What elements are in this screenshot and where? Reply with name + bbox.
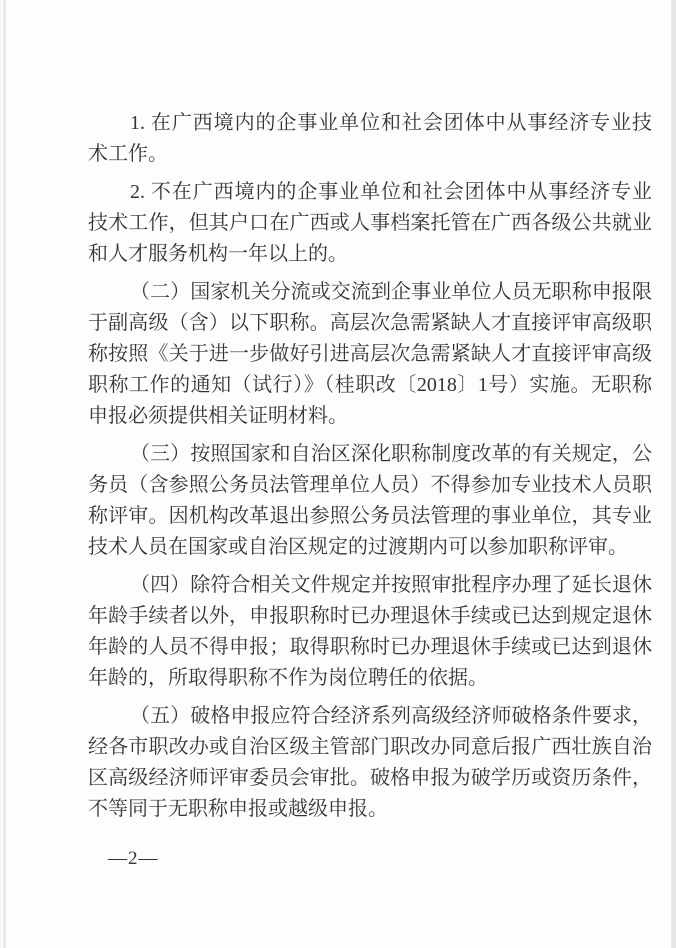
doc-line: 区高级经济师评审委员会审批。破格申报为破学历或资历条件， xyxy=(88,763,652,794)
paragraph-item-iv: （四）除符合相关文件规定并按照审批程序办理了延长退休 年龄手续者以外，申报职称时… xyxy=(88,570,652,694)
doc-line: （五）破格申报应符合经济系列高级经济师破格条件要求， xyxy=(88,701,652,732)
doc-line: 于副高级（含）以下职称。高层次急需紧缺人才直接评审高级职 xyxy=(88,308,652,339)
doc-line: 年龄手续者以外，申报职称时已办理退休手续或已达到规定退休 xyxy=(88,601,652,632)
paragraph-item-v: （五）破格申报应符合经济系列高级经济师破格条件要求， 经各市职改办或自治区级主管… xyxy=(88,701,652,825)
doc-line: 1. 在广西境内的企事业单位和社会团体中从事经济专业技 xyxy=(88,108,652,139)
scan-edge-left xyxy=(0,0,2,948)
doc-line: （四）除符合相关文件规定并按照审批程序办理了延长退休 xyxy=(88,570,652,601)
doc-line: 年龄的人员不得申报；取得职称时已办理退休手续或已达到退休 xyxy=(88,632,652,663)
doc-line: （三）按照国家和自治区深化职称制度改革的有关规定，公 xyxy=(88,439,652,470)
doc-line: 不等同于无职称申报或越级申报。 xyxy=(88,794,652,825)
doc-line: 申报必须提供相关证明材料。 xyxy=(88,401,652,432)
scan-edge-right xyxy=(671,0,676,948)
doc-line: 经各市职改办或自治区级主管部门职改办同意后报广西壮族自治 xyxy=(88,732,652,763)
paragraph-item-2: 2. 不在广西境内的企事业单位和社会团体中从事经济专业 技术工作，但其户口在广西… xyxy=(88,177,652,270)
paragraph-item-ii: （二）国家机关分流或交流到企事业单位人员无职称申报限 于副高级（含）以下职称。高… xyxy=(88,277,652,432)
paragraph-item-1: 1. 在广西境内的企事业单位和社会团体中从事经济专业技 术工作。 xyxy=(88,108,652,170)
doc-line: 职称工作的通知（试行）》（桂职改〔2018〕1号）实施。无职称 xyxy=(88,370,652,401)
page-number: —2— xyxy=(108,848,159,870)
paragraph-item-iii: （三）按照国家和自治区深化职称制度改革的有关规定，公 务员（含参照公务员法管理单… xyxy=(88,439,652,563)
document-page: 1. 在广西境内的企事业单位和社会团体中从事经济专业技 术工作。 2. 不在广西… xyxy=(88,108,652,825)
doc-line: 务员（含参照公务员法管理单位人员）不得参加专业技术人员职 xyxy=(88,470,652,501)
doc-line: 和人才服务机构一年以上的。 xyxy=(88,239,652,270)
doc-line: 称评审。因机构改革退出参照公务员法管理的事业单位，其专业 xyxy=(88,501,652,532)
scan-edge-left-line xyxy=(3,0,6,948)
doc-line: 技术人员在国家或自治区规定的过渡期内可以参加职称评审。 xyxy=(88,532,652,563)
doc-line: 年龄的，所取得职称不作为岗位聘任的依据。 xyxy=(88,663,652,694)
doc-line: 术工作。 xyxy=(88,139,652,170)
doc-line: 技术工作，但其户口在广西或人事档案托管在广西各级公共就业 xyxy=(88,208,652,239)
doc-line: 称按照《关于进一步做好引进高层次急需紧缺人才直接评审高级 xyxy=(88,339,652,370)
doc-line: （二）国家机关分流或交流到企事业单位人员无职称申报限 xyxy=(88,277,652,308)
doc-line: 2. 不在广西境内的企事业单位和社会团体中从事经济专业 xyxy=(88,177,652,208)
